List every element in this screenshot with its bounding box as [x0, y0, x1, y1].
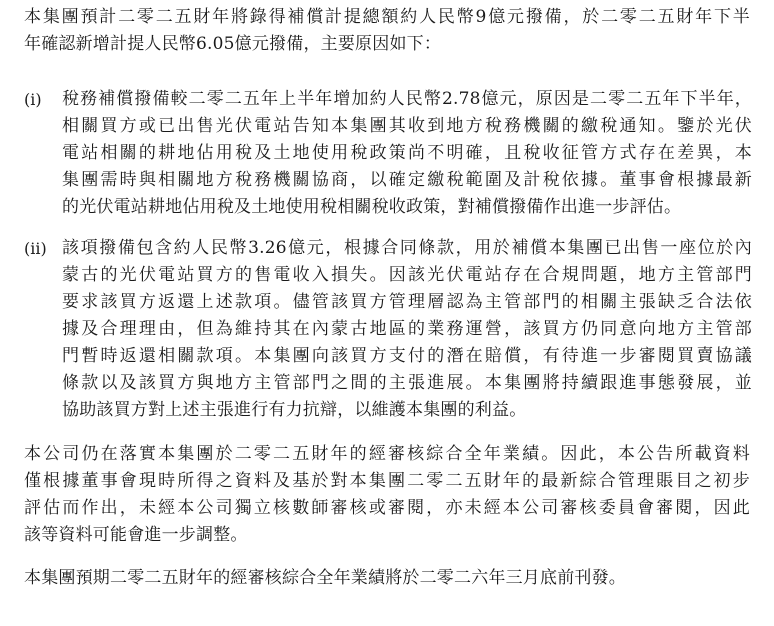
item-i-line-1: 稅務補償撥備較二零二五年上半年增加約人民幣2.78億元，原因是二零二五年下半年， — [62, 86, 752, 113]
item-ii-line-3: 要求該買方返還上述款項。儘管該買方管理層認為主管部門的相關主張缺乏合法依 — [62, 289, 752, 316]
item-ii-line-1: 該項撥備包含約人民幣3.26億元，根據合同條款，用於補償本集團已出售一座位於內 — [62, 235, 752, 262]
item-ii-line-4: 據及合理理由，但為維持其在內蒙古地區的業務運營，該買方仍同意向地方主管部 — [62, 316, 752, 343]
p2-line-2: 僅根據董事會現時所得之資料及基於對本集團二零二五財年的最新綜合管理賬目之初步 — [24, 468, 750, 495]
p3-line-1: 本集團預期二零二五財年的經審核綜合全年業績將於二零二六年三月底前刊發。 — [24, 565, 626, 592]
item-ii-line-2: 蒙古的光伏電站買方的售電收入損失。因該光伏電站存在合規問題，地方主管部門 — [62, 262, 752, 289]
item-i-line-5: 的光伏電站耕地佔用稅及土地使用稅相關稅收政策，對補償撥備作出進一步評估。 — [62, 194, 681, 221]
intro-line-2: 年確認新增計提人民幣6.05億元撥備，主要原因如下： — [24, 31, 441, 58]
p2-line-1: 本公司仍在落實本集團於二零二五財年的經審核綜合全年業績。因此，本公告所載資料 — [24, 441, 750, 468]
intro-line-1: 本集團預計二零二五財年將錄得補償計提總額約人民幣9億元撥備，於二零二五財年下半 — [24, 4, 750, 31]
item-ii-line-7: 協助該買方對上述主張進行有力抗辯，以維護本集團的利益。 — [62, 397, 526, 424]
p2-line-4: 該等資料可能會進一步調整。 — [24, 522, 248, 549]
item-i-line-4: 集團需時與相關地方稅務機關協商，以確定繳稅範圍及計稅依據。董事會根據最新 — [62, 167, 752, 194]
item-marker-i: (i) — [24, 86, 42, 113]
p2-line-3: 評估而作出，未經本公司獨立核數師審核或審閱，亦未經本公司審核委員會審閱，因此 — [24, 495, 750, 522]
item-marker-ii: (ii) — [24, 235, 47, 262]
item-ii-line-5: 門暫時返還相關款項。本集團向該買方支付的潛在賠償，有待進一步審閱買賣協議 — [62, 343, 752, 370]
item-ii-line-6: 條款以及該買方與地方主管部門之間的主張進展。本集團將持續跟進事態發展，並 — [62, 370, 752, 397]
item-i-line-3: 電站相關的耕地佔用稅及土地使用稅政策尚不明確，且稅收征管方式存在差異，本 — [62, 140, 752, 167]
item-i-line-2: 相關買方或已出售光伏電站告知本集團其收到地方稅務機關的繳稅通知。鑒於光伏 — [62, 113, 752, 140]
